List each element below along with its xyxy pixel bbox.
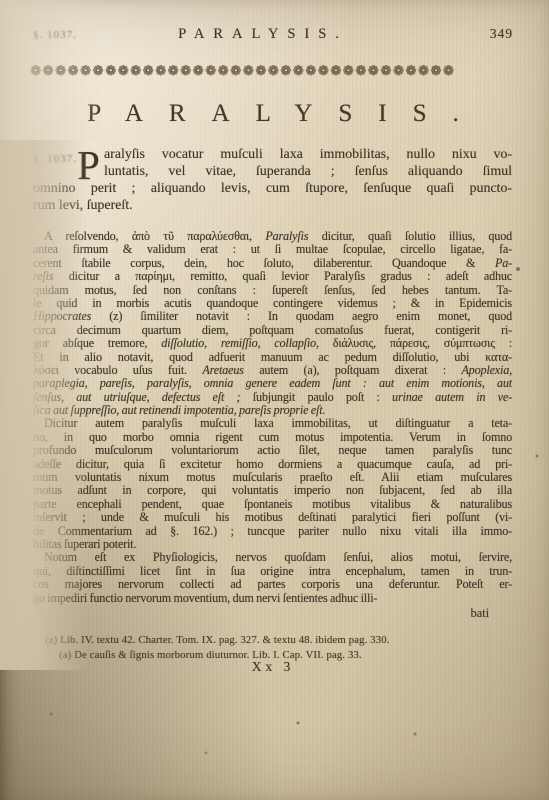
text-line: antea firmum & validum erat : ut ſi mult…: [33, 243, 512, 256]
text-line: inſervit ; unde & muſculi his motibus de…: [33, 511, 512, 524]
chapter-heading: PARALYSIS.: [33, 100, 513, 128]
text-line: gor abſque tremore, diſſolutio, remiſſio…: [33, 337, 512, 350]
book-page: §. 1037. PARALYSIS. 349 ❁❁❁❁❁❁❁❁❁❁❁❁❁❁❁❁…: [0, 0, 549, 800]
text-line: omnino perit ; aliquando levis, cum ſtup…: [33, 181, 512, 198]
margin-section-mark: §. 1037.: [33, 151, 77, 168]
text-line: quidam motus, ſed non conſtans : ſupereſ…: [33, 284, 512, 297]
aphorism-text: aralyſis vocatur muſculi laxa immobilita…: [33, 147, 512, 215]
text-line: no, in quo morbo omnia rigent cum motus …: [33, 431, 512, 444]
text-line: cerent ſtabile corpus, dein, hoc ſoluto,…: [33, 257, 512, 270]
text-line: bilitas ſuperari poterit.: [33, 538, 512, 551]
commentary-text: A reſolvendo, ἀπὸ τῦ παραλύεσθαι, Paraly…: [33, 230, 512, 605]
footnotes: (z) Lib. IV. textu 42. Charter. Tom. IX.…: [45, 633, 515, 662]
running-header: §. 1037. PARALYSIS. 349: [33, 26, 513, 46]
text-line: mum voluntatis nixum motus muſcularis pr…: [33, 471, 512, 484]
paragraph: A reſolvendo, ἀπὸ τῦ παραλύεσθαι, Paraly…: [33, 230, 512, 417]
text-line: Dicitur autem paralyſis muſculi laxa imm…: [33, 417, 512, 430]
text-line: go impediri functio nervorum moventium, …: [33, 592, 512, 605]
text-line: qui, diſtinctiſſimi licet ſint in ſua or…: [33, 565, 512, 578]
text-line: parte encephali pendent, quae ſpontaneis…: [33, 498, 512, 511]
text-line: (z) Lib. IV. textu 42. Charter. Tom. IX.…: [45, 633, 515, 648]
text-line: Notum eſt ex Phyſiologicis, nervos quoſd…: [33, 551, 512, 564]
text-line: ſica aut ſuppreſſio, aut retinendi impot…: [33, 404, 512, 417]
aphorism-paragraph: §. 1037. P aralyſis vocatur muſculi laxa…: [33, 147, 512, 215]
text-line: profundo muſculorum voluntariorum actio …: [33, 444, 512, 457]
paragraph: Dicitur autem paralyſis muſculi laxa imm…: [33, 417, 512, 551]
header-section-mark: §. 1037.: [33, 29, 77, 41]
text-line: le quid in morbis acutis quandoque conti…: [33, 297, 512, 310]
text-line: ſenſus, aut utriuſque, defectus eſt ; ſu…: [33, 391, 512, 404]
text-line: circa decimum quartum diem, poſtquam com…: [33, 324, 512, 337]
text-line: de Commentarium ad §. 162.) ; tuncque pa…: [33, 525, 512, 538]
text-line: motus adſunt in corpore, qui voluntatis …: [33, 484, 512, 497]
text-line: rum levi, ſupereſt.: [33, 198, 512, 215]
paper-specks: [0, 0, 2, 2]
text-line: Et in alio notavit, quod adfuerit manuum…: [33, 351, 512, 364]
fleuron-ornament-band: ❁❁❁❁❁❁❁❁❁❁❁❁❁❁❁❁❁❁❁❁❁❁❁❁❁❁❁❁❁❁❁❁❁❁: [30, 60, 512, 84]
paragraph: Notum eſt ex Phyſiologicis, nervos quoſd…: [33, 551, 512, 605]
text-line: λύσει vocabulo uſus fuit. Aretaeus autem…: [33, 364, 512, 377]
running-title: PARALYSIS.: [178, 26, 348, 43]
text-line: reſis dicitur a παρίημι, remitto, quaſi …: [33, 270, 512, 283]
text-line: A reſolvendo, ἀπὸ τῦ παραλύεσθαι, Paraly…: [33, 230, 512, 243]
text-line: aralyſis vocatur muſculi laxa immobilita…: [104, 147, 512, 164]
text-line: Hippocrates (z) ſimiliter notavit : In q…: [33, 310, 512, 323]
drop-cap-letter: P: [77, 148, 100, 182]
page-number: 349: [490, 26, 513, 42]
text-line: adeſſe dicitur, quia ſi excitetur homo d…: [33, 458, 512, 471]
text-line: paraplegia, pareſis, paralyſis, omnia ge…: [33, 377, 512, 390]
catchword: bati: [471, 606, 489, 621]
signature-mark: Xx 3: [33, 659, 513, 675]
text-line: cos majores nervorum collecti ad partes …: [33, 578, 512, 591]
text-line: luntatis, vel vitae, ſuperanda ; ſenſus …: [104, 164, 512, 181]
